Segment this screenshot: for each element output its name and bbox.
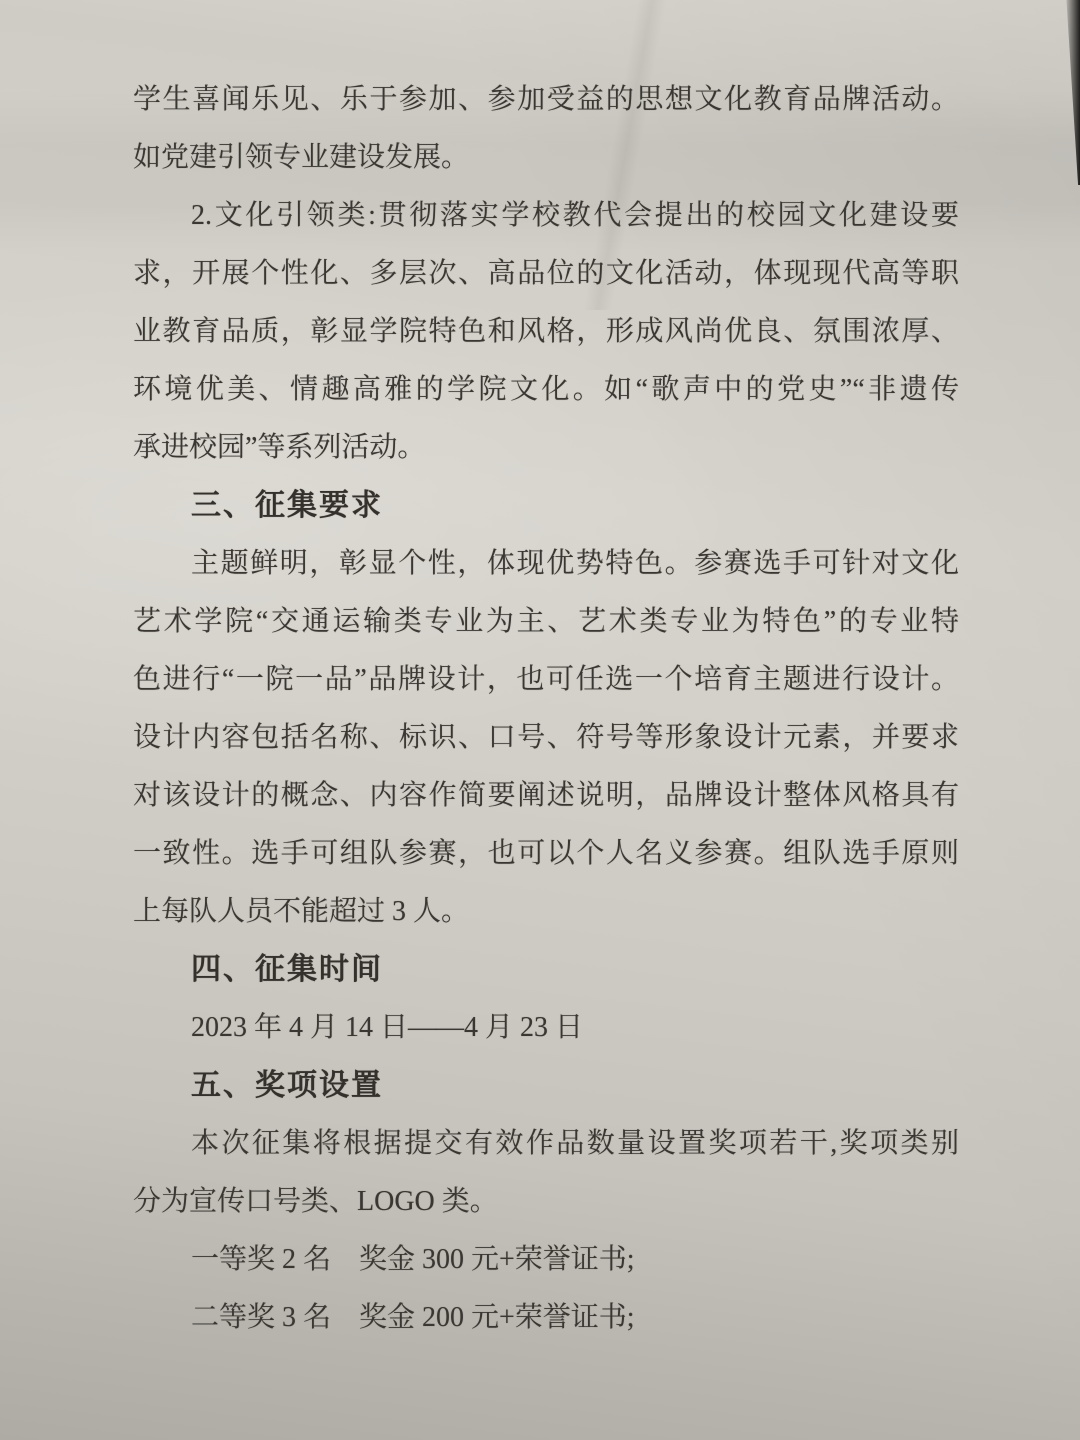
document-text-block: 学生喜闻乐见、乐于参加、参加受益的思想文化教育品牌活动。如党建引领专业建设发展。…: [133, 71, 959, 1347]
text-line: 学生喜闻乐见、乐于参加、参加受益的思想文化教育品牌活动。: [133, 71, 959, 129]
text-line: 二等奖 3 名 奖金 200 元+荣誉证书;: [133, 1289, 959, 1347]
section-heading: 三、征集要求: [133, 477, 959, 535]
text-line: 上每队人员不能超过 3 人。: [133, 883, 959, 941]
text-line: 如党建引领专业建设发展。: [133, 129, 959, 187]
text-line: 承进校园”等系列活动。: [133, 419, 959, 477]
section-heading: 四、征集时间: [133, 941, 959, 999]
text-line: 色进行“一院一品”品牌设计，也可任选一个培育主题进行设计。: [133, 651, 959, 709]
text-line: 2.文化引领类:贯彻落实学校教代会提出的校园文化建设要: [133, 187, 959, 245]
section-heading: 五、奖项设置: [133, 1057, 959, 1115]
document-page: 学生喜闻乐见、乐于参加、参加受益的思想文化教育品牌活动。如党建引领专业建设发展。…: [0, 0, 1080, 1440]
text-line: 分为宣传口号类、LOGO 类。: [133, 1173, 959, 1231]
text-line: 2023 年 4 月 14 日——4 月 23 日: [133, 999, 959, 1057]
text-line: 业教育品质，彰显学院特色和风格，形成风尚优良、氛围浓厚、: [133, 303, 959, 361]
text-line: 对该设计的概念、内容作简要阐述说明，品牌设计整体风格具有: [133, 767, 959, 825]
text-line: 一等奖 2 名 奖金 300 元+荣誉证书;: [133, 1231, 959, 1289]
text-line: 设计内容包括名称、标识、口号、符号等形象设计元素，并要求: [133, 709, 959, 767]
text-line: 一致性。选手可组队参赛，也可以个人名义参赛。组队选手原则: [133, 825, 959, 883]
text-line: 环境优美、情趣高雅的学院文化。如“歌声中的党史”“非遗传: [133, 361, 959, 419]
text-line: 求，开展个性化、多层次、高品位的文化活动，体现现代高等职: [133, 245, 959, 303]
text-line: 艺术学院“交通运输类专业为主、艺术类专业为特色”的专业特: [133, 593, 959, 651]
text-line: 本次征集将根据提交有效作品数量设置奖项若干,奖项类别: [133, 1115, 959, 1173]
text-line: 主题鲜明，彰显个性，体现优势特色。参赛选手可针对文化: [133, 535, 959, 593]
